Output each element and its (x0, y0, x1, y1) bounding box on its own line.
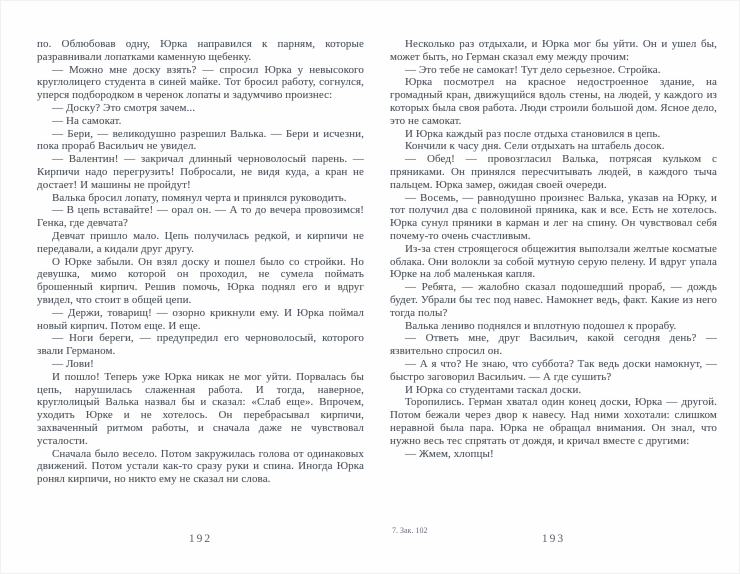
paragraph: по. Облюбовав одну, Юрка направился к па… (37, 38, 364, 64)
paragraph: — Валентин! — закричал длинный черноволо… (37, 153, 364, 191)
paragraph: — Ребята, — жалобно сказал подошедший пр… (390, 281, 717, 319)
paragraph: — Доску? Это смотря зачем... (37, 102, 364, 115)
paragraph: Сначала было весело. Потом закружилась г… (37, 448, 364, 486)
paragraph: Кончили к часу дня. Сели отдыхать на шта… (390, 140, 717, 153)
paragraph: Валька бросил лопату, помянул черта и пр… (37, 192, 364, 205)
paragraph: Юрка посмотрел на красное недостроенное … (390, 76, 717, 127)
page-right-footer: 7. Зак. 102 193 (390, 531, 717, 551)
paragraph: — Ноги береги, — предупредил его черново… (37, 332, 364, 358)
page-left: по. Облюбовав одну, Юрка направился к па… (37, 38, 364, 486)
paragraph: — Лови! (37, 358, 364, 371)
paragraph: — На самокат. (37, 115, 364, 128)
page-right-text: Несколько раз отдыхали, и Юрка мог бы уй… (390, 38, 717, 460)
paragraph: — Восемь, — равнодушно произнес Валька, … (390, 192, 717, 243)
paragraph: — Это тебе не самокат! Тут дело серьезно… (390, 64, 717, 77)
paragraph: — Жмем, хлопцы! (390, 448, 717, 461)
paragraph: И Юрка со студентами таскал доски. (390, 384, 717, 397)
paragraph: Несколько раз отдыхали, и Юрка мог бы уй… (390, 38, 717, 64)
paragraph: — Держи, товарищ! — озорно крикнули ему.… (37, 307, 364, 333)
paragraph: Валька лениво поднялся и вплотную подоше… (390, 320, 717, 333)
paragraph: Из-за стен строящегося общежития выполза… (390, 243, 717, 281)
paragraph: О Юрке забыли. Он взял доску и пошел был… (37, 256, 364, 307)
paragraph: И Юрка каждый раз после отдыха становилс… (390, 128, 717, 141)
book-scan-spread: по. Облюбовав одну, Юрка направился к па… (0, 0, 740, 574)
page-left-footer: 192 (37, 531, 364, 551)
page-right: Несколько раз отдыхали, и Юрка мог бы уй… (390, 38, 717, 460)
page-left-text: по. Облюбовав одну, Юрка направился к па… (37, 38, 364, 486)
paragraph: Торопились. Герман хватал один конец дос… (390, 396, 717, 447)
page-number-right: 193 (390, 533, 717, 545)
paragraph: Девчат пришло мало. Цепь получилась редк… (37, 230, 364, 256)
paragraph: — Можно мне доску взять? — спросил Юрка … (37, 64, 364, 102)
paragraph: И пошло! Теперь уже Юрка никак не мог уй… (37, 371, 364, 448)
paragraph: — Бери, — великодушно разрешил Валька. —… (37, 128, 364, 154)
paragraph: — Ответь мне, друг Васильич, какой сегод… (390, 332, 717, 358)
paragraph: — Обед! — провозгласил Валька, потрясая … (390, 153, 717, 191)
page-number-left: 192 (37, 533, 364, 545)
paragraph: — А я что? Не знаю, что суббота? Так вед… (390, 358, 717, 384)
paragraph: — В цепь вставайте! — орал он. — А то до… (37, 204, 364, 230)
